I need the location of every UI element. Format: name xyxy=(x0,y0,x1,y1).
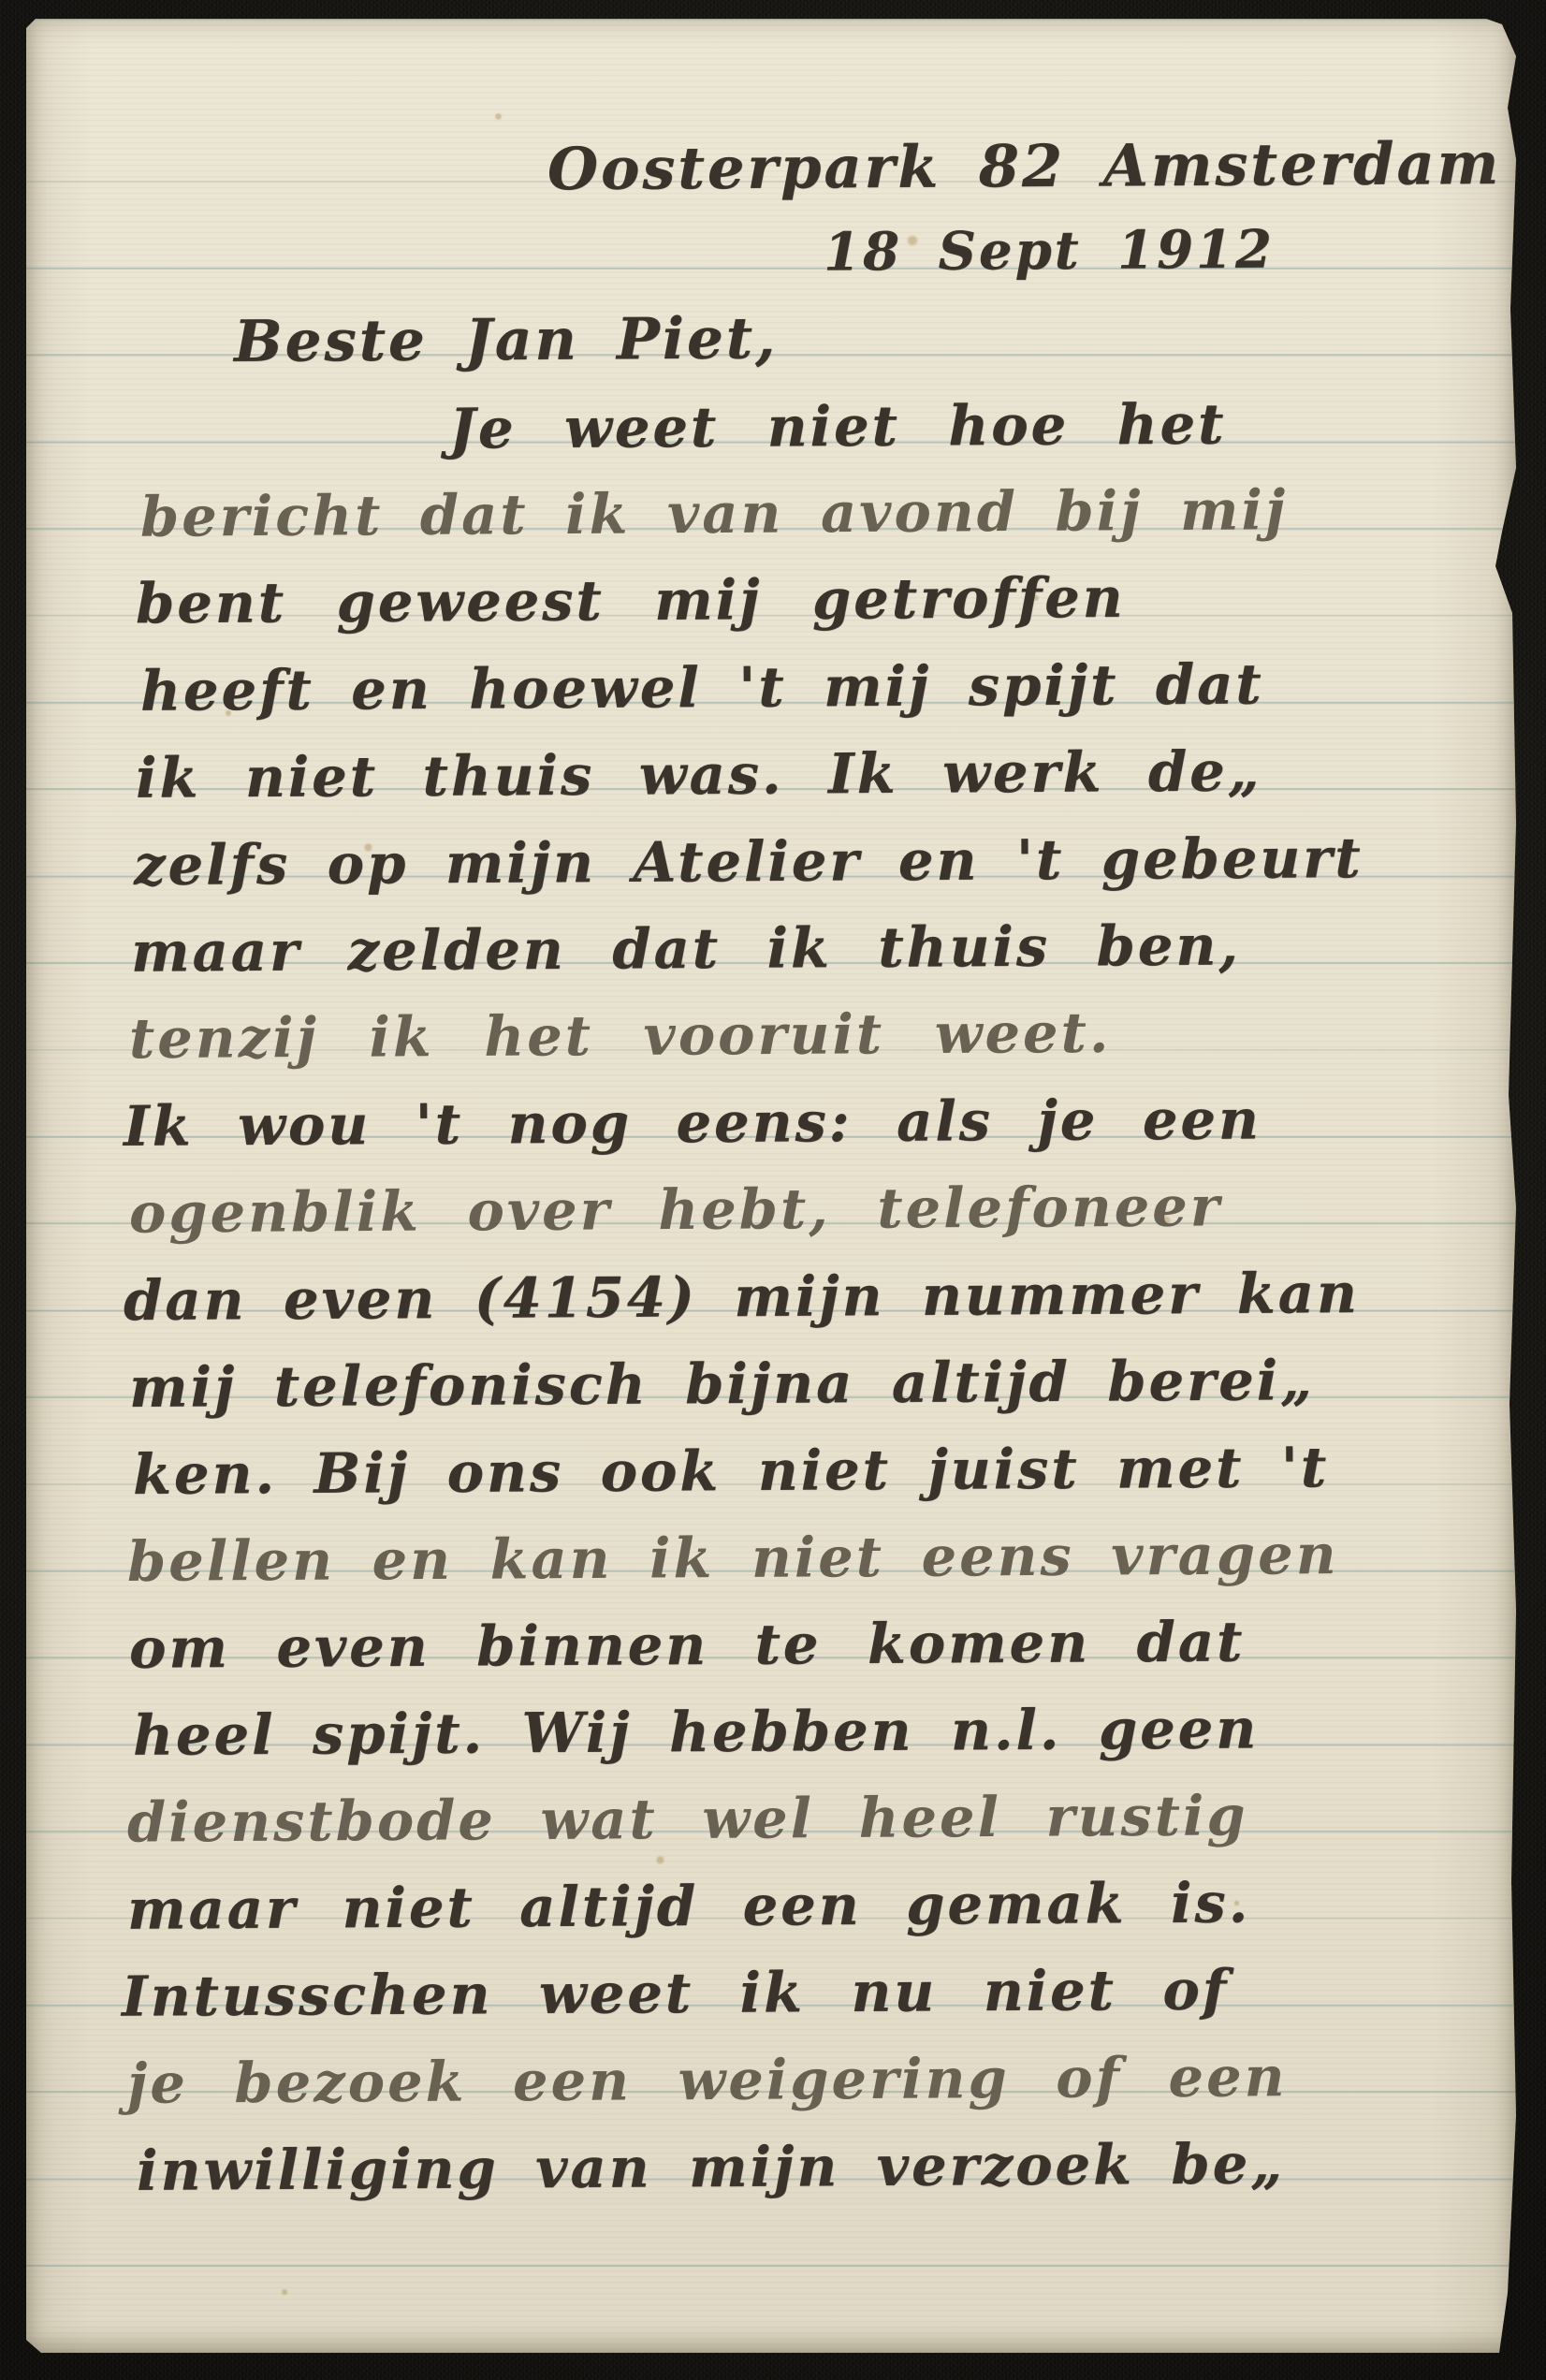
letter-line: dan even (4154) mijn nummer kan xyxy=(124,1265,1360,1328)
letter-line: ik niet thuis was. Ik werk de„ xyxy=(136,743,1262,805)
letter-line: maar zelden dat ik thuis ben, xyxy=(131,917,1241,979)
letter-line: je bezoek een weigering of een xyxy=(127,2049,1288,2111)
letter-line: Ik wou 't nog eens: als je een xyxy=(124,1091,1262,1153)
scanned-letter-page: Oosterpark 82 Amsterdam 18 Sept 1912 Bes… xyxy=(0,0,1546,2380)
letter-line: zelfs op mijn Atelier en 't gebeurt xyxy=(134,830,1364,893)
letter-line: Je weet niet hoe het xyxy=(449,396,1227,456)
letter-line: tenzij ik het vooruit weet. xyxy=(129,1005,1112,1066)
letter-line-address: Oosterpark 82 Amsterdam xyxy=(547,135,1501,198)
letter-line-date: 18 Sept 1912 xyxy=(824,224,1275,279)
letter-line: bent geweest mij getroffen xyxy=(136,570,1126,631)
letter-line: mij telefonisch bijna altijd berei„ xyxy=(129,1352,1315,1415)
letter-line: ken. Bij ons ook niet juist met 't xyxy=(133,1439,1329,1502)
letter-line: Intusschen weet ik nu niet of xyxy=(122,1962,1229,2023)
letter-line: om even binnen te komen dat xyxy=(129,1613,1246,1675)
letter-line: bellen en kan ik niet eens vragen xyxy=(127,1526,1339,1589)
letter-line-salutation: Beste Jan Piet, xyxy=(234,310,779,371)
letter-line: dienstbode wat wel heel rustig xyxy=(127,1788,1248,1849)
letter-line: maar niet altijd een gemak is. xyxy=(127,1875,1250,1936)
handwriting-layer: Oosterpark 82 Amsterdam 18 Sept 1912 Bes… xyxy=(26,19,1516,2353)
letter-line: heeft en hoewel 't mij spijt dat xyxy=(140,656,1264,718)
letter-line: inwilliging van mijn verzoek be„ xyxy=(137,2136,1285,2197)
letter-line: ogenblik over hebt, telefoneer xyxy=(129,1178,1222,1240)
letter-paper: Oosterpark 82 Amsterdam 18 Sept 1912 Bes… xyxy=(26,19,1516,2353)
letter-line: heel spijt. Wij hebben n.l. geen xyxy=(133,1701,1259,1762)
letter-line: bericht dat ik van avond bij mij xyxy=(140,482,1289,544)
